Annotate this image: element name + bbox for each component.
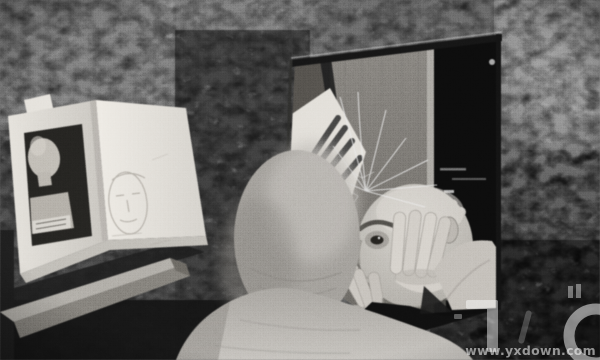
vignette-overlay — [0, 0, 600, 360]
film-still: www.yxdown.com — [0, 0, 600, 360]
scene-canvas — [0, 0, 600, 360]
